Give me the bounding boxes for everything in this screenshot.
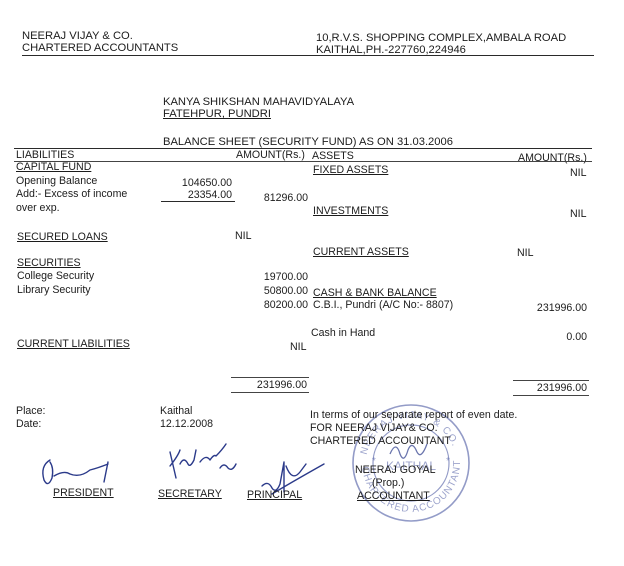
excess-income-label: Add:- Excess of income xyxy=(16,188,127,200)
signatory-name: NEERAJ GOYAL xyxy=(355,464,435,476)
svg-text:*: * xyxy=(446,456,450,467)
place-value: Kaithal xyxy=(160,405,192,417)
securities-total: 80200.00 xyxy=(236,299,308,311)
principal-label: PRINCIPAL xyxy=(247,489,302,501)
bank-account-label: C.B.I., Pundri (A/C No:- 8807) xyxy=(313,299,453,311)
header-bottom-rule xyxy=(14,161,592,162)
secretary-signature-icon xyxy=(160,434,250,484)
capital-fund-heading: CAPITAL FUND xyxy=(16,161,91,173)
signatory-role: (Prop.) xyxy=(372,477,404,489)
bank-account-value: 231996.00 xyxy=(515,302,587,314)
date-label: Date: xyxy=(16,418,41,430)
capital-subtotal-rule xyxy=(161,201,235,202)
current-assets-value: NIL xyxy=(517,247,534,259)
library-security-label: Library Security xyxy=(17,284,91,296)
report-line: In terms of our separate report of even … xyxy=(310,409,517,421)
column-amount-left: AMOUNT(Rs.) xyxy=(236,149,305,161)
chartered-accountant-line: CHARTERED ACCOUNTANT xyxy=(310,435,451,447)
firm-name: NEERAJ VIJAY & CO. xyxy=(22,30,133,42)
secretary-label: SECRETARY xyxy=(158,488,222,500)
college-security-value: 19700.00 xyxy=(236,271,308,283)
date-value: 12.12.2008 xyxy=(160,418,213,430)
place-label: Place: xyxy=(16,405,45,417)
letterhead-rule xyxy=(22,55,594,56)
firm-title: CHARTERED ACCOUNTANTS xyxy=(22,42,178,54)
column-liabilities: LIABILITIES xyxy=(16,149,74,161)
firm-address-line1: 10,R.V.S. SHOPPING COMPLEX,AMBALA ROAD xyxy=(316,32,566,44)
liabilities-total-bottom-rule xyxy=(231,392,309,393)
assets-grand-total: 231996.00 xyxy=(515,382,587,394)
signatory-title: ACCOUNTANT xyxy=(357,490,430,502)
excess-income-value: 23354.00 xyxy=(160,189,232,201)
sheet-title: BALANCE SHEET (SECURITY FUND) AS ON 31.0… xyxy=(163,136,453,148)
fixed-assets-value: NIL xyxy=(570,167,587,179)
assets-total-bottom-rule xyxy=(513,395,589,396)
securities-heading: SECURITIES xyxy=(17,257,81,269)
opening-balance-label: Opening Balance xyxy=(16,175,97,187)
fixed-assets-heading: FIXED ASSETS xyxy=(313,164,388,176)
column-amount-right: AMOUNT(Rs.) xyxy=(518,152,587,164)
cash-in-hand-value: 0.00 xyxy=(515,331,587,343)
secured-loans-heading: SECURED LOANS xyxy=(17,231,108,243)
president-label: PRESIDENT xyxy=(53,487,114,499)
cash-in-hand-label: Cash in Hand xyxy=(311,327,375,339)
liabilities-total-top-rule xyxy=(231,377,309,378)
for-firm-line: FOR NEERAJ VIJAY& CO. xyxy=(310,422,438,434)
institution-name: KANYA SHIKSHAN MAHAVIDYALAYA xyxy=(163,96,354,108)
investments-heading: INVESTMENTS xyxy=(313,205,388,217)
secured-loans-value: NIL xyxy=(235,230,252,242)
investments-value: NIL xyxy=(570,208,587,220)
capital-fund-total: 81296.00 xyxy=(236,192,308,204)
college-security-label: College Security xyxy=(17,270,94,282)
institution-location: FATEHPUR, PUNDRI xyxy=(163,108,271,120)
cash-bank-heading: CASH & BANK BALANCE xyxy=(313,287,437,299)
president-signature-icon xyxy=(38,452,128,492)
opening-balance-value: 104650.00 xyxy=(160,177,232,189)
current-liabilities-value: NIL xyxy=(290,341,307,353)
excess-income-label-2: over exp. xyxy=(16,202,60,214)
library-security-value: 50800.00 xyxy=(236,285,308,297)
current-assets-heading: CURRENT ASSETS xyxy=(313,246,409,258)
assets-total-top-rule xyxy=(513,380,589,381)
liabilities-grand-total: 231996.00 xyxy=(232,379,307,391)
current-liabilities-heading: CURRENT LIABILITIES xyxy=(17,338,130,350)
